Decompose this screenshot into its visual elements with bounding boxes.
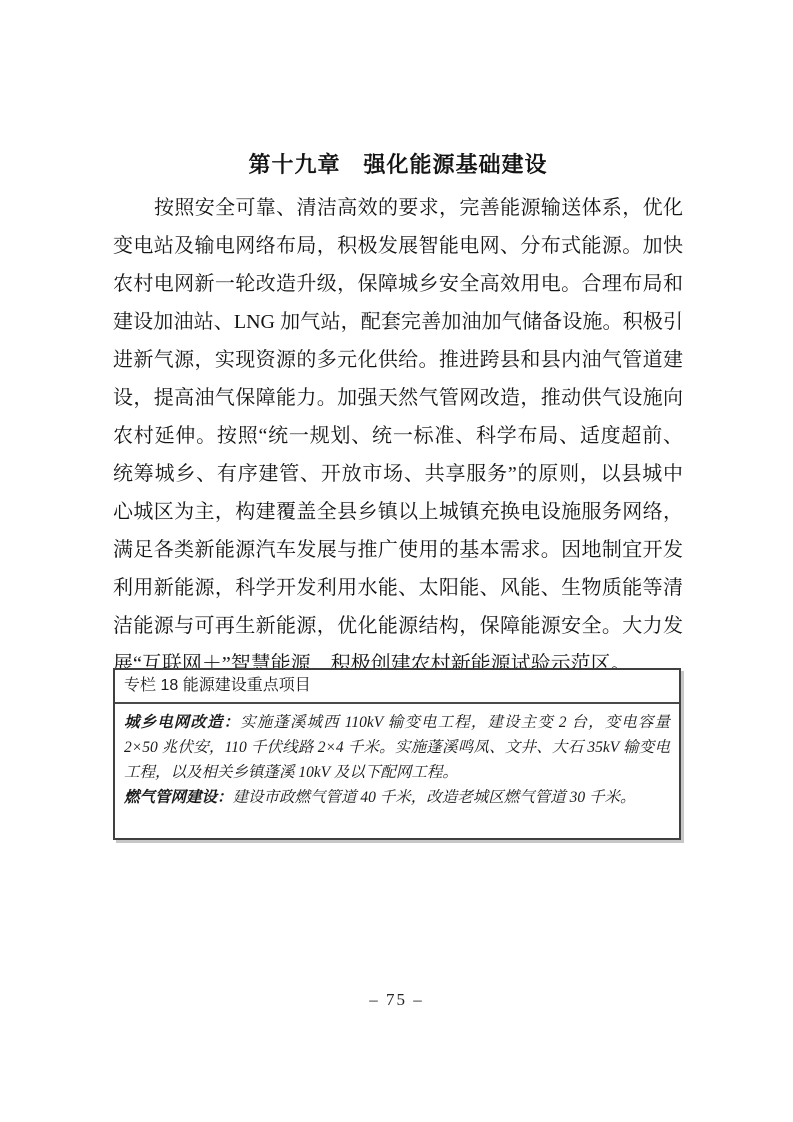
- paragraph-line: 进新气源，实现资源的多元化供给。推进跨县和县内油气管道建: [113, 341, 683, 379]
- paragraph-line: 统筹城乡、有序建管、开放市场、共享服务”的原则，以县城中: [113, 455, 683, 493]
- paragraph-line: 洁能源与可再生新能源，优化能源结构，保障能源安全。大力发: [113, 607, 683, 645]
- box-item-label: 燃气管网建设：: [124, 789, 233, 806]
- paragraph-line: 农村延伸。按照“统一规划、统一标准、科学布局、适度超前、: [113, 417, 683, 455]
- paragraph-line: 建设加油站、LNG 加气站，配套完善加油加气储备设施。积极引: [113, 303, 683, 341]
- paragraph-line: 心城区为主，构建覆盖全县乡镇以上城镇充换电设施服务网络，: [113, 493, 683, 531]
- paragraph-line: 农村电网新一轮改造升级，保障城乡安全高效用电。合理布局和: [113, 265, 683, 303]
- box-item: 燃气管网建设：建设市政燃气管道 40 千米，改造老城区燃气管道 30 千米。: [124, 785, 670, 810]
- column-box: 专栏 18 能源建设重点项目 城乡电网改造：实施蓬溪城西 110kV 输变电工程…: [113, 668, 681, 840]
- paragraph-line: 设，提高油气保障能力。加强天然气管网改造，推动供气设施向: [113, 379, 683, 417]
- body-paragraph: 按照安全可靠、清洁高效的要求，完善能源输送体系，优化变电站及输电网络布局，积极发…: [113, 189, 683, 683]
- document-page: 第十九章 强化能源基础建设 按照安全可靠、清洁高效的要求，完善能源输送体系，优化…: [0, 0, 793, 1122]
- column-box-body: 城乡电网改造：实施蓬溪城西 110kV 输变电工程，建设主变 2 台，变电容量 …: [115, 704, 679, 810]
- paragraph-line: 按照安全可靠、清洁高效的要求，完善能源输送体系，优化: [113, 189, 683, 227]
- chapter-title: 第十九章 强化能源基础建设: [113, 148, 683, 179]
- box-item-label: 城乡电网改造：: [124, 714, 240, 731]
- paragraph-line: 利用新能源，科学开发利用水能、太阳能、风能、生物质能等清: [113, 569, 683, 607]
- column-box-header: 专栏 18 能源建设重点项目: [115, 670, 679, 704]
- paragraph-line: 变电站及输电网络布局，积极发展智能电网、分布式能源。加快: [113, 227, 683, 265]
- page-number: – 75 –: [0, 990, 793, 1010]
- paragraph-line: 满足各类新能源汽车发展与推广使用的基本需求。因地制宜开发: [113, 531, 683, 569]
- box-item-text: 建设市政燃气管道 40 千米，改造老城区燃气管道 30 千米。: [233, 789, 636, 806]
- box-item: 城乡电网改造：实施蓬溪城西 110kV 输变电工程，建设主变 2 台，变电容量 …: [124, 710, 670, 785]
